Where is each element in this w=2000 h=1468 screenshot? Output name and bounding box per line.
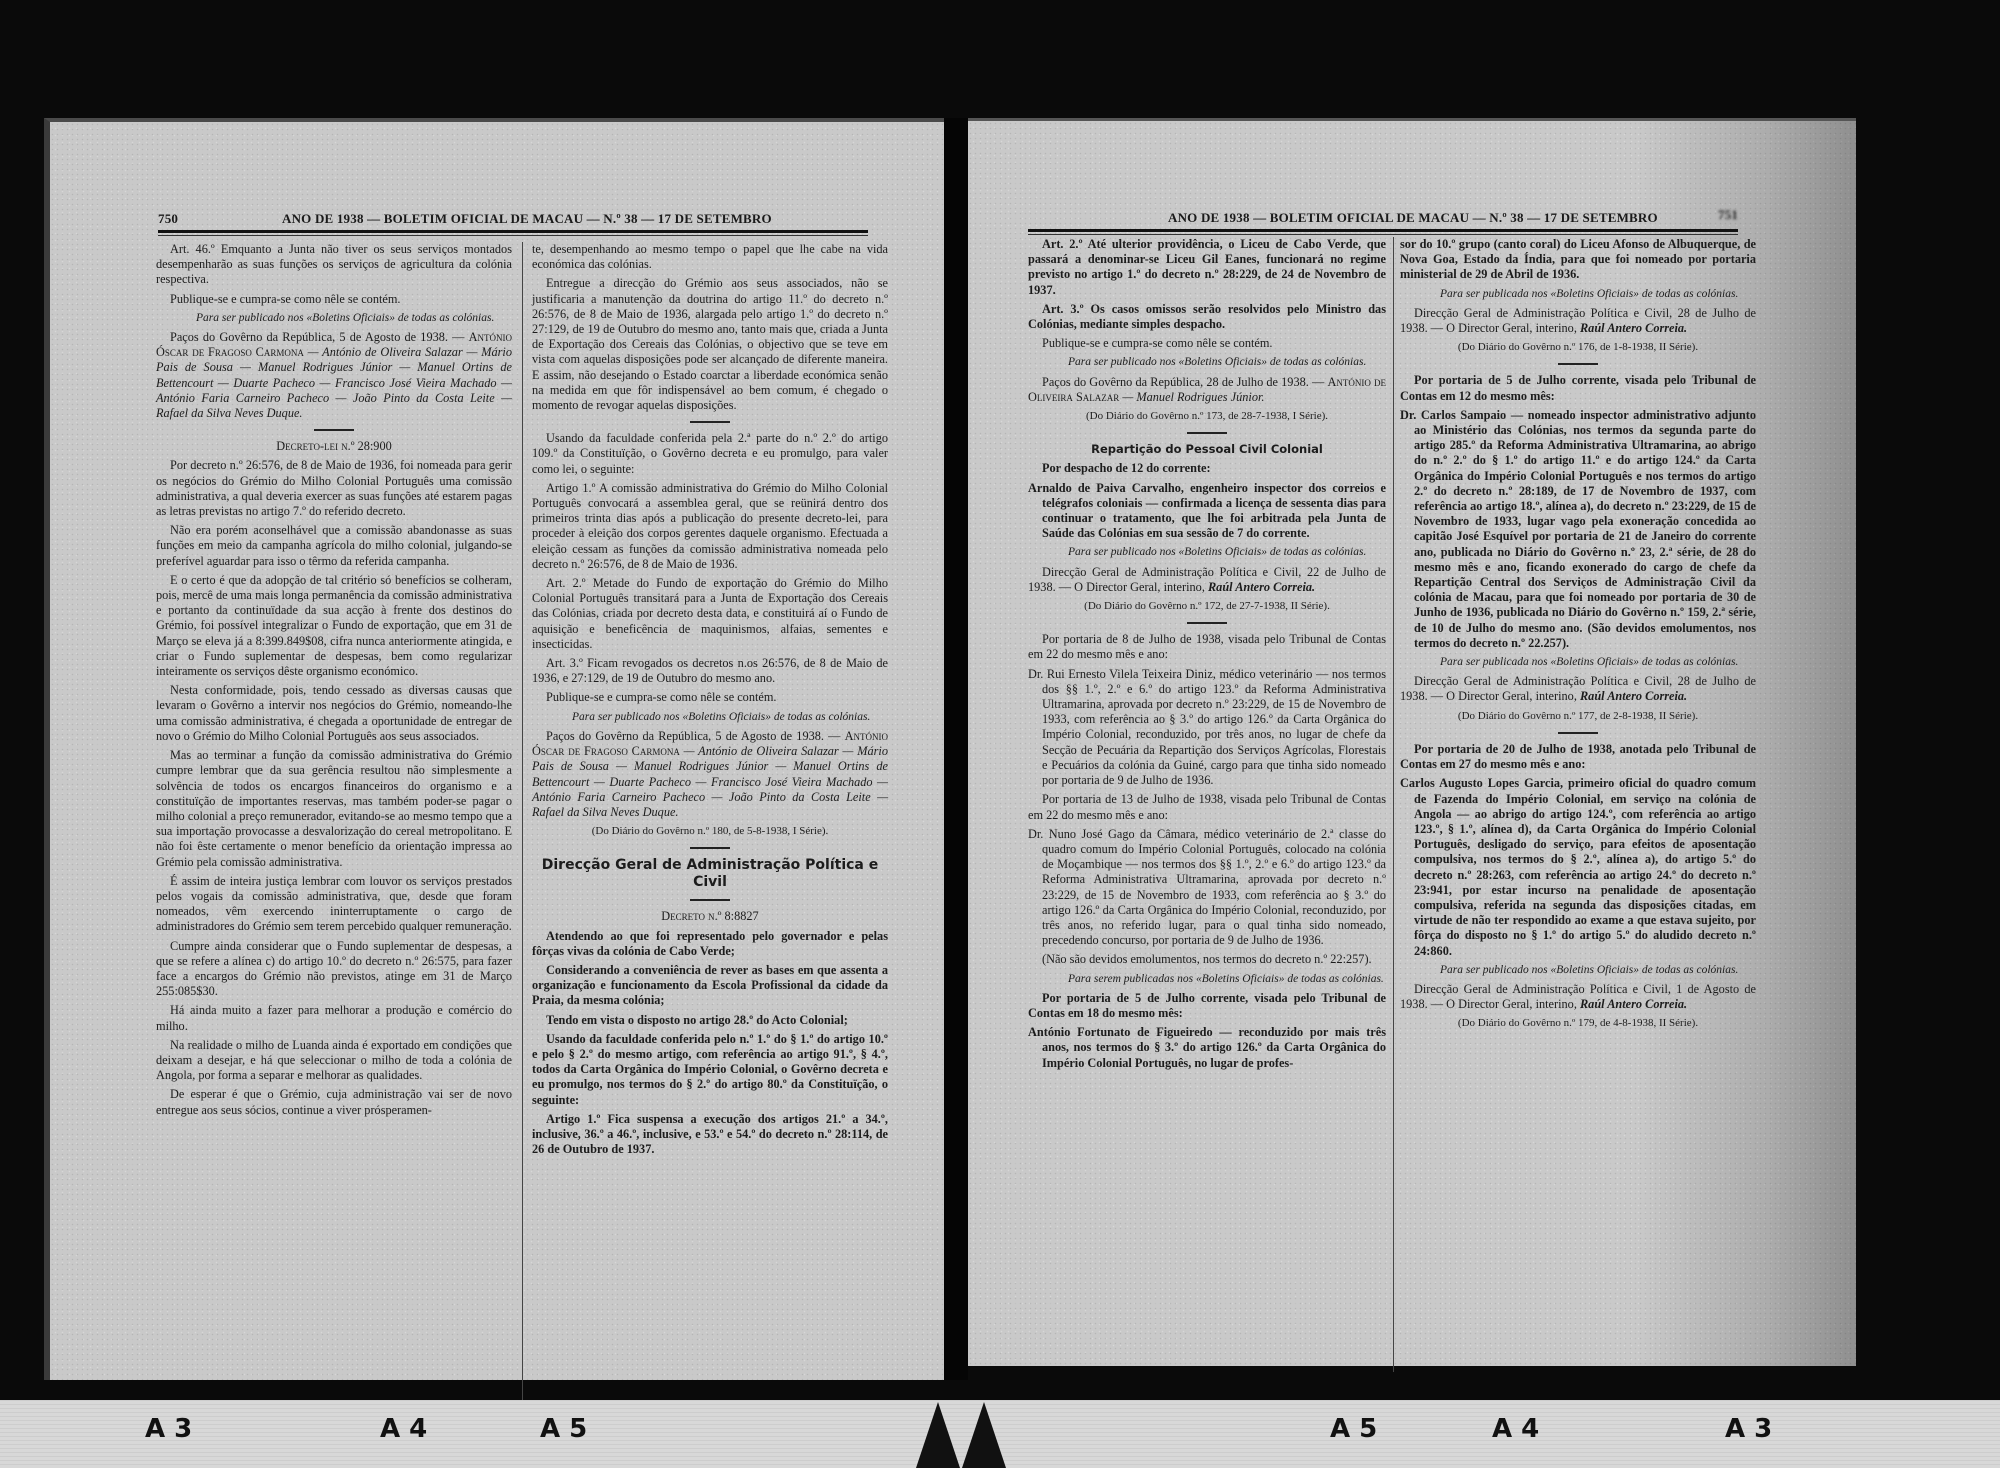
column-divider [1393, 237, 1394, 1372]
paragraph: Art. 46.º Emquanto a Junta não tiver os … [156, 242, 512, 288]
separator [1187, 622, 1227, 624]
header-rule [1028, 229, 1738, 232]
publication-note: Para ser publicado nos «Boletins Oficiai… [156, 311, 512, 326]
signature-block: Paços do Govêrno da República, 28 de Jul… [1028, 375, 1386, 405]
paragraph: Art. 2.º Até ulterior providência, o Lic… [1028, 237, 1386, 298]
separator [1558, 363, 1598, 365]
separator [314, 429, 354, 431]
left-page: 750 ANO DE 1938 — BOLETIM OFICIAL DE MAC… [44, 118, 950, 1380]
publication-note: Para ser publicada nos «Boletins Oficiai… [1400, 655, 1756, 670]
paragraph: Por portaria de 20 de Julho de 1938, ano… [1400, 742, 1756, 772]
separator [1187, 432, 1227, 434]
source-citation: (Do Diário do Govêrno n.º 179, de 4-8-19… [1400, 1016, 1756, 1031]
paragraph: Usando da faculdade conferida pelo n.º 1… [532, 1032, 888, 1108]
paragraph: Dr. Nuno José Gago da Câmara, médico vet… [1028, 827, 1386, 949]
paragraph: Por portaria de 8 de Julho de 1938, visa… [1028, 632, 1386, 662]
separator [690, 421, 730, 423]
section-title: Repartição do Pessoal Civil Colonial [1028, 442, 1386, 457]
page-number: 750 [158, 211, 178, 227]
paragraph: Por portaria de 13 de Julho de 1938, vis… [1028, 792, 1386, 822]
paragraph: Usando da faculdade conferida pela 2.ª p… [532, 431, 888, 477]
publication-note: Para ser publicado nos «Boletins Oficiai… [1400, 963, 1756, 978]
paragraph: António Fortunato de Figueiredo — recond… [1028, 1025, 1386, 1071]
paragraph: De esperar é que o Grémio, cuja administ… [156, 1087, 512, 1117]
signature-block: Paços do Govêrno da República, 5 de Agos… [156, 330, 512, 421]
paragraph: Não era porém aconselhável que a comissã… [156, 523, 512, 569]
paragraph: Dr. Rui Ernesto Vilela Teixeira Diniz, m… [1028, 667, 1386, 789]
frame-marker: A 4 [380, 1414, 427, 1444]
signature-block: Paços do Govêrno da República, 5 de Agos… [532, 729, 888, 820]
paragraph: Mas ao terminar a função da comissão adm… [156, 748, 512, 870]
paragraph: Por portaria de 5 de Julho corrente, vis… [1400, 373, 1756, 403]
paragraph: (Não são devidos emolumentos, nos termos… [1028, 952, 1386, 967]
publication-note: Para serem publicadas nos «Boletins Ofic… [1028, 972, 1386, 987]
paragraph: Por decreto n.º 26:576, de 8 de Maio de … [156, 458, 512, 519]
frame-marker: A 5 [1330, 1414, 1377, 1444]
paragraph: Art. 2.º Metade do Fundo de exportação d… [532, 576, 888, 652]
frame-marker: A 3 [1725, 1414, 1772, 1444]
paragraph: Arnaldo de Paiva Carvalho, engenheiro in… [1028, 481, 1386, 542]
publication-note: Para ser publicado nos «Boletins Oficiai… [532, 710, 888, 725]
signature-block: Direcção Geral de Administração Política… [1400, 982, 1756, 1012]
right-page: ANO DE 1938 — BOLETIM OFICIAL DE MACAU —… [968, 118, 1856, 1366]
paragraph: Na realidade o milho de Luanda ainda é e… [156, 1038, 512, 1084]
separator [690, 847, 730, 849]
signature-block: Direcção Geral de Administração Política… [1400, 306, 1756, 336]
separator [690, 899, 730, 901]
frame-marker: A 4 [1492, 1414, 1539, 1444]
source-citation: (Do Diário do Govêrno n.º 173, de 28-7-1… [1028, 409, 1386, 424]
section-title: Direcção Geral de Administração Política… [532, 857, 888, 891]
paragraph: Há ainda muito a fazer para melhorar a p… [156, 1003, 512, 1033]
left-page-column-1: Art. 46.º Emquanto a Junta não tiver os … [156, 242, 512, 1122]
paragraph: Atendendo ao que foi representado pelo g… [532, 929, 888, 959]
page-number: 751 [1718, 207, 1738, 223]
paragraph: Por despacho de 12 do corrente: [1028, 461, 1386, 476]
separator [1558, 732, 1598, 734]
column-divider [522, 242, 523, 1402]
paragraph: E o certo é que da adopção de tal critér… [156, 573, 512, 679]
paragraph: Tendo em vista o disposto no artigo 28.º… [532, 1013, 888, 1028]
header-rule [158, 230, 868, 233]
paragraph: Por portaria de 5 de Julho corrente, vis… [1028, 991, 1386, 1021]
signature-block: Direcção Geral de Administração Política… [1400, 674, 1756, 704]
book-gutter [944, 118, 968, 1380]
center-triangle-right [962, 1402, 1006, 1468]
paragraph: Publique-se e cumpra-se como nêle se con… [532, 690, 888, 705]
source-citation: (Do Diário do Govêrno n.º 177, de 2-8-19… [1400, 709, 1756, 724]
paragraph: É assim de inteira justiça lembrar com l… [156, 874, 512, 935]
signature-block: Direcção Geral de Administração Política… [1028, 565, 1386, 595]
paragraph: Dr. Carlos Sampaio — nomeado inspector a… [1400, 408, 1756, 651]
paragraph: Art. 3.º Os casos omissos serão resolvid… [1028, 302, 1386, 332]
frame-marker: A 3 [145, 1414, 192, 1444]
source-citation: (Do Diário do Govêrno n.º 172, de 27-7-1… [1028, 599, 1386, 614]
paragraph: Publique-se e cumpra-se como nêle se con… [156, 292, 512, 307]
paragraph: sor do 10.º grupo (canto coral) do Liceu… [1400, 237, 1756, 283]
left-page-column-2: te, desempenhando ao mesmo tempo o papel… [532, 242, 888, 1161]
right-page-column-2: sor do 10.º grupo (canto coral) do Liceu… [1400, 237, 1756, 1036]
paragraph: Publique-se e cumpra-se como nêle se con… [1028, 336, 1386, 351]
source-citation: (Do Diário do Govêrno n.º 180, de 5-8-19… [532, 824, 888, 839]
paragraph: Art. 3.º Ficam revogados os decretos n.o… [532, 656, 888, 686]
running-head-text: ANO DE 1938 — BOLETIM OFICIAL DE MACAU —… [282, 211, 772, 227]
source-citation: (Do Diário do Govêrno n.º 176, de 1-8-19… [1400, 340, 1756, 355]
decree-title: Decreto n.º 8:8827 [532, 909, 888, 924]
microfilm-strip: A 3 A 4 A 5 A 5 A 4 A 3 [0, 1400, 2000, 1468]
center-triangle-left [916, 1402, 960, 1468]
publication-note: Para ser publicado nos «Boletins Oficiai… [1028, 545, 1386, 560]
paragraph: Artigo 1.º Fica suspensa a execução dos … [532, 1112, 888, 1158]
paragraph: Cumpre ainda considerar que o Fundo supl… [156, 939, 512, 1000]
decree-title: Decreto-lei n.º 28:900 [156, 439, 512, 454]
paragraph: Considerando a conveniência de rever as … [532, 963, 888, 1009]
running-head-right: ANO DE 1938 — BOLETIM OFICIAL DE MACAU —… [1168, 210, 1728, 226]
paragraph: Artigo 1.º A comissão administrativa do … [532, 481, 888, 572]
publication-note: Para ser publicado nos «Boletins Oficiai… [1028, 355, 1386, 370]
publication-note: Para ser publicada nos «Boletins Oficiai… [1400, 287, 1756, 302]
right-page-column-1: Art. 2.º Até ulterior providência, o Lic… [1028, 237, 1386, 1075]
running-head-text: ANO DE 1938 — BOLETIM OFICIAL DE MACAU —… [1168, 210, 1658, 225]
frame-marker: A 5 [540, 1414, 587, 1444]
paragraph: te, desempenhando ao mesmo tempo o papel… [532, 242, 888, 272]
paragraph: Carlos Augusto Lopes Garcia, primeiro of… [1400, 776, 1756, 958]
paragraph: Entregue a direcção do Grémio aos seus a… [532, 276, 888, 413]
paragraph: Nesta conformidade, pois, tendo cessado … [156, 683, 512, 744]
